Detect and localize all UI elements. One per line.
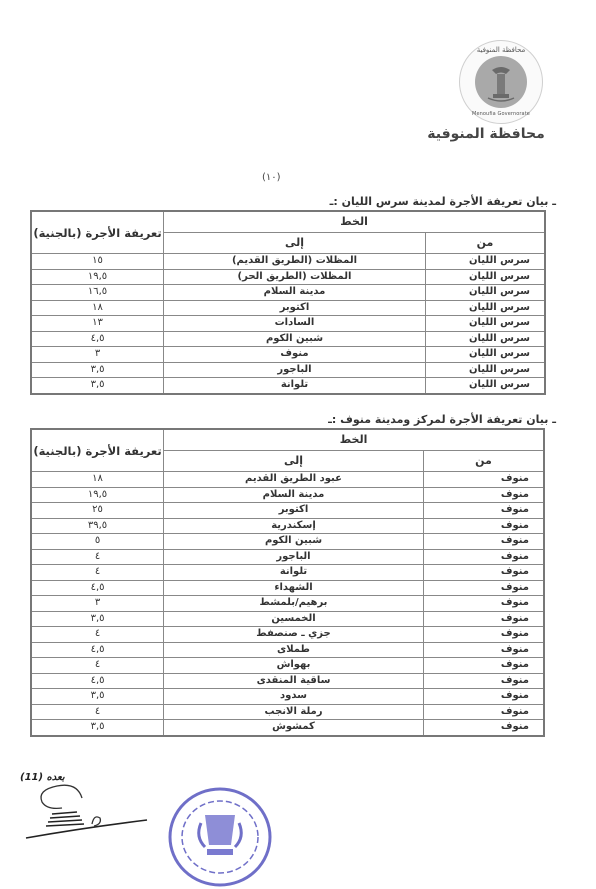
cell-to: تلوانة (164, 565, 424, 581)
table-row: منوفبرهيم/بلمشط٣ (31, 596, 544, 612)
cell-from: منوف (423, 673, 544, 689)
cell-from: سرس الليان (425, 254, 545, 270)
cell-fare: ٣٩,٥ (31, 518, 164, 534)
cell-fare: ٤ (31, 704, 164, 720)
cell-fare: ٤ (31, 565, 164, 581)
cell-fare: ٤,٥ (31, 580, 164, 596)
fare-table-menouf: الخط تعريفة الأجرة (بالجنية) من إلى منوف… (30, 428, 545, 737)
table-row: منوفرملة الانجب٤ (31, 704, 544, 720)
handwritten-signature-icon (22, 780, 152, 844)
cell-fare: ١٥ (31, 254, 164, 270)
table-row: سرس الليانتلوانة٣,٥ (31, 378, 545, 394)
table-row: منوفتلوانة٤ (31, 565, 544, 581)
header-line: الخط (164, 429, 544, 451)
cell-fare: ٤ (31, 627, 164, 643)
header-from: من (425, 233, 545, 254)
cell-to: برهيم/بلمشط (164, 596, 424, 612)
cell-from: منوف (423, 565, 544, 581)
cell-from: منوف (423, 611, 544, 627)
table-row: منوفسدود٣,٥ (31, 689, 544, 705)
governorate-name: محافظة المنوفية (420, 126, 552, 142)
cell-to: الخمسين (164, 611, 424, 627)
table-row: سرس اللياناكتوبر١٨ (31, 300, 545, 316)
cell-fare: ١٨ (31, 472, 164, 488)
table-row: منوفالشهداء٤,٥ (31, 580, 544, 596)
cell-from: منوف (423, 534, 544, 550)
cell-to: ساقية المنقدى (164, 673, 424, 689)
cell-from: منوف (423, 658, 544, 674)
table-row: منوفشبين الكوم٥ (31, 534, 544, 550)
cell-fare: ٣ (31, 347, 164, 363)
cell-to: مدينة السلام (164, 487, 424, 503)
cell-fare: ١٩,٥ (31, 269, 164, 285)
table-row: منوفجزي ـ صنصفط٤ (31, 627, 544, 643)
cell-to: إسكندرية (164, 518, 424, 534)
logo-arabic-text: محافظة المنوفية (460, 46, 542, 54)
governorate-seal-icon (475, 56, 527, 108)
header-to: إلى (164, 451, 424, 472)
cell-from: منوف (423, 580, 544, 596)
cell-fare: ٣ (31, 596, 164, 612)
cell-to: المظلات (الطريق القديم) (164, 254, 426, 270)
cell-to: السادات (164, 316, 426, 332)
table-row: منوفساقية المنقدى٤,٥ (31, 673, 544, 689)
header-fare: تعريفة الأجرة (بالجنية) (31, 429, 164, 472)
cell-to: الشهداء (164, 580, 424, 596)
table-row: سرس الليانالسادات١٣ (31, 316, 545, 332)
cell-from: منوف (423, 642, 544, 658)
cell-from: سرس الليان (425, 331, 545, 347)
official-stamp-icon (165, 785, 275, 889)
page-number: (١٠) (262, 172, 281, 183)
cell-from: منوف (423, 627, 544, 643)
cell-from: منوف (423, 472, 544, 488)
cell-to: تلوانة (164, 378, 426, 394)
cell-fare: ١٦,٥ (31, 285, 164, 301)
cell-to: جزي ـ صنصفط (164, 627, 424, 643)
table-row: سرس الليانمدينة السلام١٦,٥ (31, 285, 545, 301)
header-to: إلى (164, 233, 426, 254)
cell-from: سرس الليان (425, 347, 545, 363)
section-title-menouf: ـ بيان تعريفة الأجرة لمركز ومدينة منوف :… (328, 413, 556, 426)
cell-fare: ٤ (31, 549, 164, 565)
cell-to: اكتوبر (164, 503, 424, 519)
cell-to: رملة الانجب (164, 704, 424, 720)
cell-to: شبين الكوم (164, 534, 424, 550)
cell-fare: ١٩,٥ (31, 487, 164, 503)
logo-english-text: Menoufia Governorate (460, 111, 542, 117)
table-row: سرس الليانالمظلات (الطريق القديم)١٥ (31, 254, 545, 270)
table-row: منوفإسكندرية٣٩,٥ (31, 518, 544, 534)
fare-table-sers-ellayan: الخط تعريفة الأجرة (بالجنية) من إلى سرس … (30, 210, 546, 395)
cell-to: طملاى (164, 642, 424, 658)
cell-fare: ٥ (31, 534, 164, 550)
cell-to: الباجور (164, 549, 424, 565)
header-line: الخط (164, 211, 545, 233)
cell-from: منوف (423, 487, 544, 503)
cell-to: كمشوش (164, 720, 424, 736)
table-row: منوفكمشوش٣,٥ (31, 720, 544, 736)
table-row: سرس الليانالمظلات (الطريق الحر)١٩,٥ (31, 269, 545, 285)
cell-from: منوف (423, 549, 544, 565)
table-row: سرس الليانمنوف٣ (31, 347, 545, 363)
cell-fare: ١٨ (31, 300, 164, 316)
table-row: منوفطملاى٤,٥ (31, 642, 544, 658)
cell-fare: ١٣ (31, 316, 164, 332)
cell-from: سرس الليان (425, 316, 545, 332)
cell-from: منوف (423, 689, 544, 705)
cell-from: سرس الليان (425, 300, 545, 316)
table-row: منوفمدينة السلام١٩,٥ (31, 487, 544, 503)
governorate-logo: محافظة المنوفية Menoufia Governorate (459, 40, 543, 124)
table-row: منوفاكتوبر٢٥ (31, 503, 544, 519)
header-from: من (423, 451, 544, 472)
cell-from: منوف (423, 720, 544, 736)
cell-from: منوف (423, 596, 544, 612)
cell-fare: ٢٥ (31, 503, 164, 519)
cell-from: منوف (423, 518, 544, 534)
cell-to: مدينة السلام (164, 285, 426, 301)
section-title-sers-ellayan: ـ بيان تعريفة الأجرة لمدينة سرس الليان :… (330, 195, 556, 208)
cell-from: منوف (423, 503, 544, 519)
cell-to: شبين الكوم (164, 331, 426, 347)
table-row: منوفالخمسين٣,٥ (31, 611, 544, 627)
cell-to: الباجور (164, 362, 426, 378)
cell-from: سرس الليان (425, 285, 545, 301)
cell-fare: ٤,٥ (31, 673, 164, 689)
cell-fare: ٤ (31, 658, 164, 674)
cell-fare: ٣,٥ (31, 611, 164, 627)
cell-from: سرس الليان (425, 362, 545, 378)
cell-fare: ٤,٥ (31, 331, 164, 347)
cell-fare: ٤,٥ (31, 642, 164, 658)
table-row: منوفبهواش٤ (31, 658, 544, 674)
cell-from: منوف (423, 704, 544, 720)
cell-fare: ٣,٥ (31, 362, 164, 378)
cell-to: عبود الطريق القديم (164, 472, 424, 488)
table-row: سرس الليانشبين الكوم٤,٥ (31, 331, 545, 347)
cell-fare: ٣,٥ (31, 378, 164, 394)
cell-to: المظلات (الطريق الحر) (164, 269, 426, 285)
header-fare: تعريفة الأجرة (بالجنية) (31, 211, 164, 254)
table-row: منوفعبود الطريق القديم١٨ (31, 472, 544, 488)
table-row: منوفالباجور٤ (31, 549, 544, 565)
cell-to: اكتوبر (164, 300, 426, 316)
cell-to: سدود (164, 689, 424, 705)
table-row: سرس الليانالباجور٣,٥ (31, 362, 545, 378)
cell-to: بهواش (164, 658, 424, 674)
cell-from: سرس الليان (425, 378, 545, 394)
cell-to: منوف (164, 347, 426, 363)
cell-fare: ٣,٥ (31, 720, 164, 736)
cell-fare: ٣,٥ (31, 689, 164, 705)
cell-from: سرس الليان (425, 269, 545, 285)
